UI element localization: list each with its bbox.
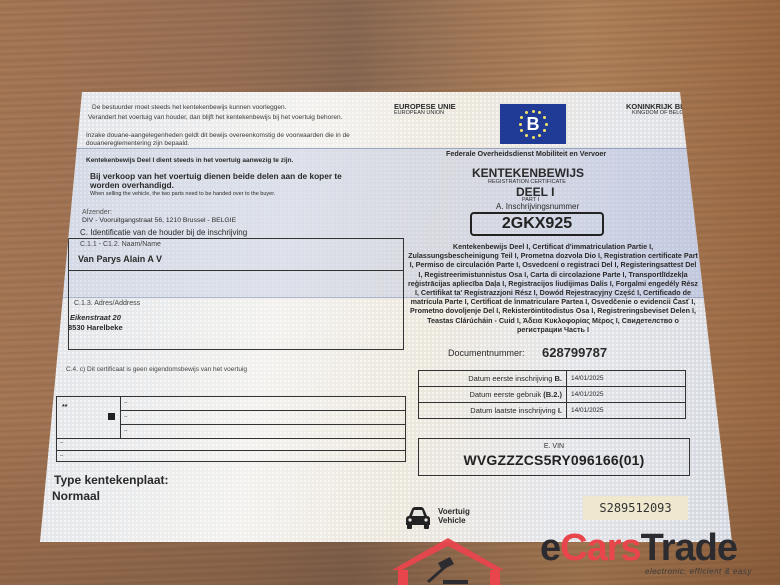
registration-number: 2GKX925 xyxy=(470,212,604,236)
notice-1: De bestuurder moet steeds het kentekenbe… xyxy=(92,104,286,112)
vin-box: E. VIN WVGZZZCS5RY096166(01) xyxy=(418,438,690,476)
serial-number: S289512093 xyxy=(583,496,688,520)
vehicle-label: Voertuig xyxy=(438,507,470,516)
ownership-note: C.4. c) Dit certificaat is geen eigendom… xyxy=(66,366,247,373)
sender-value: DIV - Vooruitgangstraat 56, 1210 Brussel… xyxy=(82,217,236,224)
notice-2: Verandert het voertuig van houder, dan b… xyxy=(88,114,358,122)
part1-notice: Kentekenbewijs Deel I dient steeds in he… xyxy=(86,157,293,164)
notice-3: Inzake douane-aangelegenheden geldt dit … xyxy=(86,132,371,148)
registration-certificate: De bestuurder moet steeds het kentekenbe… xyxy=(40,92,740,542)
vin-label: E. VIN xyxy=(419,443,689,450)
dates-table: Datum eerste inschrijving B. 14/01/2025 … xyxy=(418,370,686,419)
sender-label: Afzender: xyxy=(82,209,112,216)
vehicle-label-en: Vehicle xyxy=(438,516,466,525)
table-row: Datum eerste gebruik (B.2.) 14/01/2025 xyxy=(419,387,686,403)
table-row: Datum laatste inschrijving I. 14/01/2025 xyxy=(419,403,686,419)
grid-dash: -- xyxy=(124,414,127,420)
divider xyxy=(68,270,404,271)
divider xyxy=(120,410,406,411)
grid-dash: -- xyxy=(124,428,127,434)
plate-type-value: Normaal xyxy=(52,489,100,503)
authority: Federale Overheidsdienst Mobiliteit en V… xyxy=(446,149,606,158)
holder-address-label: C.1.3. Adres/Address xyxy=(74,300,140,307)
eu-star-icon xyxy=(532,136,535,139)
brand-tagline: electronic, efficient & easy xyxy=(645,567,752,576)
star-mark: ** xyxy=(62,404,67,411)
vin-value: WVGZZZCS5RY096166(01) xyxy=(419,452,689,468)
holder-name-label: C.1.1 - C1.2. Naam/Name xyxy=(80,241,161,248)
plate-type-label: Type kentekenplaat: xyxy=(54,473,168,487)
eu-label-en: EUROPEAN UNION xyxy=(394,110,444,116)
sale-notice: Bij verkoop van het voertuig dienen beid… xyxy=(90,172,350,190)
document-number-label: Documentnummer: xyxy=(448,348,525,358)
car-icon xyxy=(404,506,432,530)
document-number: 628799787 xyxy=(542,345,607,360)
holder-name: Van Parys Alain A V xyxy=(78,254,162,264)
grid-dash: -- xyxy=(124,400,127,406)
table-row: Datum eerste inschrijving B. 14/01/2025 xyxy=(419,371,686,387)
eu-flag-icon: B xyxy=(500,104,566,144)
certificate-title: KENTEKENBEWIJS xyxy=(472,166,584,180)
sale-notice-en: When selling the vehicle, the two parts … xyxy=(90,191,275,197)
grid-dash: -- xyxy=(60,440,63,446)
holder-address-line2: 8530 Harelbeke xyxy=(68,323,123,332)
square-marker-icon xyxy=(108,413,115,420)
holder-section-label: C. Identificatie van de houder bij de in… xyxy=(80,228,247,237)
info-grid xyxy=(56,396,406,462)
holder-address-line1: Eikenstraat 20 xyxy=(70,313,121,322)
divider xyxy=(120,424,406,425)
divider xyxy=(56,450,406,451)
country-label-en: KINGDOM OF BELGIUM xyxy=(632,110,694,116)
grid-dash: -- xyxy=(60,453,63,459)
divider xyxy=(56,438,406,439)
reg-number-label: A. Inschrijvingsnummer xyxy=(496,202,579,211)
divider xyxy=(120,396,121,438)
multilingual-titles: Kentekenbewijs Deel I, Certificat d'imma… xyxy=(408,242,698,334)
